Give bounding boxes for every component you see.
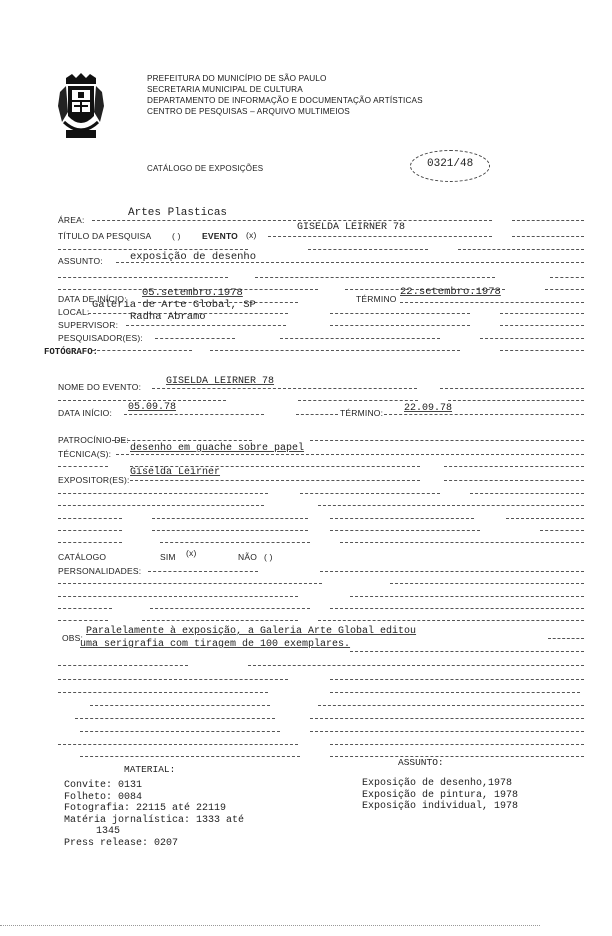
material-item: Matéria jornalística: 1333 até xyxy=(64,815,244,827)
event-termino-label: TÉRMINO: xyxy=(340,408,383,418)
assunto-block-title: ASSUNTO: xyxy=(398,757,444,768)
assunto-block-list: Exposição de desenho,1978 Exposição de p… xyxy=(362,778,518,813)
catalogo-label: CATÁLOGO xyxy=(58,552,106,562)
event-data-inicio-label: DATA INÍCIO: xyxy=(58,408,112,418)
assunto-item: Exposição de desenho,1978 xyxy=(362,778,518,790)
obs-line: uma serigrafia com tiragem de 100 exempl… xyxy=(80,639,350,650)
evento-value: GISELDA LEIRNER 78 xyxy=(297,222,405,233)
titulo-label: TÍTULO DA PESQUISA xyxy=(58,231,151,241)
nome-evento-value: GISELDA LEIRNER 78 xyxy=(166,376,274,387)
record-number: 0321/48 xyxy=(427,158,473,170)
material-item: Press release: 0207 xyxy=(64,838,244,850)
coat-of-arms-icon xyxy=(58,72,104,144)
material-item: Convite: 0131 xyxy=(64,780,244,792)
expositor-label: EXPOSITOR(ES): xyxy=(58,475,130,485)
tecnica-label: TÉCNICA(S): xyxy=(58,449,111,459)
assunto-label: ASSUNTO: xyxy=(58,256,103,266)
material-title: MATERIAL: xyxy=(124,764,175,775)
nome-evento-label: NOME DO EVENTO: xyxy=(58,382,141,392)
obs-line: Paralelamente à exposição, a Galeria Art… xyxy=(86,626,416,637)
area-value: Artes Plasticas xyxy=(128,207,227,219)
event-data-inicio-value: 05.09.78 xyxy=(128,402,176,413)
assunto-item: Exposição de pintura, 1978 xyxy=(362,790,518,802)
assunto-item: Exposição individual, 1978 xyxy=(362,801,518,813)
titulo-checkbox[interactable]: ( ) xyxy=(172,231,181,241)
pesquisador-label: PESQUISADOR(ES): xyxy=(58,333,143,343)
local-value: Galeria de Arte Global, SP xyxy=(92,299,256,311)
termino-value: 22.setembro.1978 xyxy=(400,286,501,298)
material-item: Folheto: 0084 xyxy=(64,792,244,804)
material-item: 1345 xyxy=(64,826,244,838)
org-line: PREFEITURA DO MUNICÍPIO DE SÃO PAULO xyxy=(147,73,423,84)
local-label: LOCAL: xyxy=(58,307,89,317)
nao-checkbox[interactable]: ( ) xyxy=(264,552,273,562)
material-item: Fotografia: 22115 até 22119 xyxy=(64,803,244,815)
supervisor-label: SUPERVISOR: xyxy=(58,320,118,330)
area-label: ÁREA: xyxy=(58,215,85,225)
sim-label: SIM xyxy=(160,552,176,562)
form-title: CATÁLOGO DE EXPOSIÇÕES xyxy=(147,164,263,173)
fotografo-label: FOTÓGRAFO: xyxy=(44,347,98,357)
org-header: PREFEITURA DO MUNICÍPIO DE SÃO PAULO SEC… xyxy=(147,73,423,117)
sim-checkbox[interactable]: (x) xyxy=(186,548,197,558)
material-list: Convite: 0131 Folheto: 0084 Fotografia: … xyxy=(64,780,244,849)
evento-checkbox[interactable]: (x) xyxy=(246,230,257,240)
evento-label: EVENTO xyxy=(202,231,238,241)
org-line: CENTRO DE PESQUISAS – ARQUIVO MULTIMEIOS xyxy=(147,106,423,117)
termino-label: TÉRMINO xyxy=(356,294,397,304)
event-termino-value: 22.09.78 xyxy=(404,403,452,414)
personalidades-label: PERSONALIDADES: xyxy=(58,566,141,576)
supervisor-value: Radha Abramo xyxy=(130,311,206,323)
data-inicio-value: 05.setembro.1978 xyxy=(142,287,243,299)
org-line: SECRETARIA MUNICIPAL DE CULTURA xyxy=(147,84,423,95)
nao-label: NÃO xyxy=(238,552,257,562)
tecnica-value: desenho em guache sobre papel xyxy=(130,443,304,454)
org-line: DEPARTAMENTO DE INFORMAÇÃO E DOCUMENTAÇÃ… xyxy=(147,95,423,106)
expositor-value: Giselda Leirner xyxy=(130,467,220,478)
